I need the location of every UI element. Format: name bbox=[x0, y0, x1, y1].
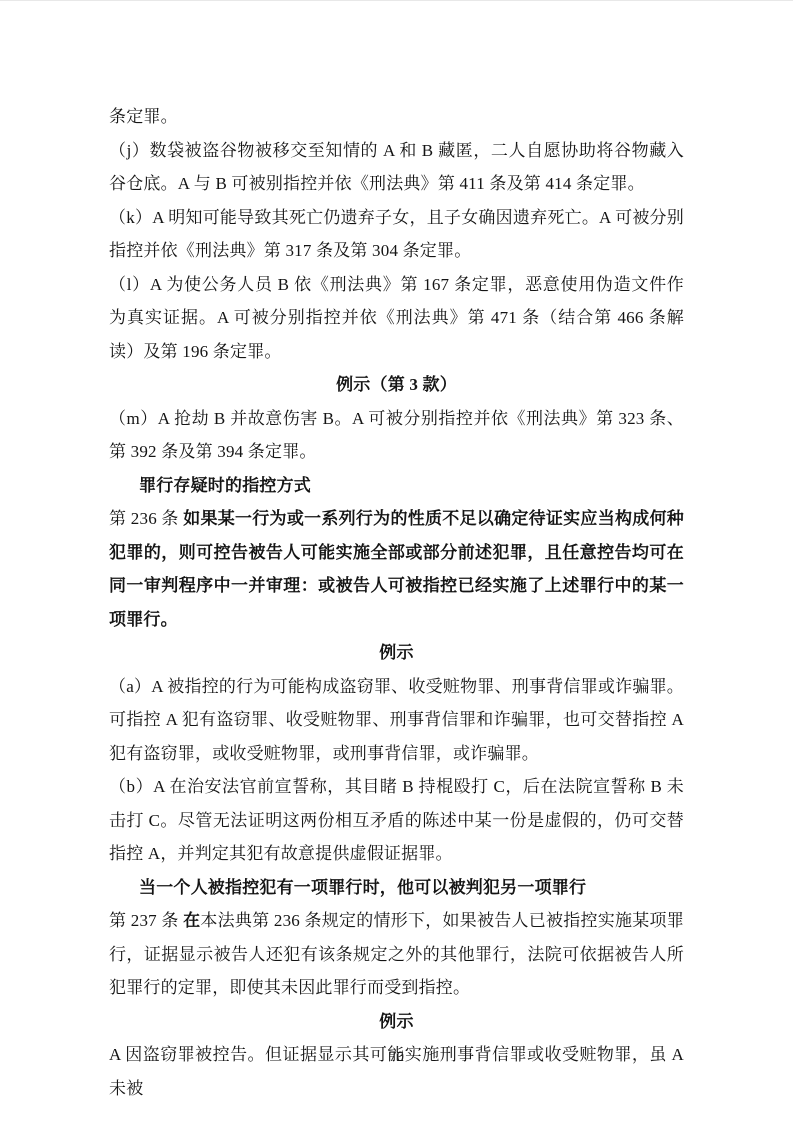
paragraph: 条定罪。 bbox=[109, 100, 684, 134]
paragraph: （b）A 在治安法官前宣誓称，其目睹 B 持棍殴打 C，后在法院宣誓称 B 未击… bbox=[109, 770, 684, 871]
text-run: 第 237 条 bbox=[109, 911, 183, 930]
paragraph: 第 237 条 在本法典第 236 条规定的情形下，如果被告人已被指控实施某项罪… bbox=[109, 904, 684, 1005]
heading: 例示（第 3 款） bbox=[109, 368, 684, 402]
text-run: （k）A 明知可能导致其死亡仍遗弃子女，且子女确因遗弃死亡。A 可被分别指控并依… bbox=[109, 208, 684, 261]
text-run: （b）A 在治安法官前宣誓称，其目睹 B 持棍殴打 C，后在法院宣誓称 B 未击… bbox=[109, 777, 684, 863]
paragraph: （a）A 被指控的行为可能构成盗窃罪、收受赃物罪、刑事背信罪或诈骗罪。可指控 A… bbox=[109, 670, 684, 771]
text-run: （j）数袋被盗谷物被移交至知情的 A 和 B 藏匿，二人自愿协助将谷物藏入谷仓底… bbox=[109, 141, 684, 194]
text-run: （l）A 为使公务人员 B 依《刑法典》第 167 条定罪，恶意使用伪造文件作为… bbox=[109, 275, 684, 361]
text-run-bold: 例示 bbox=[379, 1012, 413, 1031]
text-run: 第 236 条 bbox=[109, 509, 183, 528]
text-run-bold: 罪行存疑时的指控方式 bbox=[139, 476, 311, 495]
text-run: 条定罪。 bbox=[109, 107, 178, 126]
heading: 例示 bbox=[109, 636, 684, 670]
text-run-bold: 如果某一行为或一系列行为的性质不足以确定待证实应当构成何种犯罪的，则可控告被告人… bbox=[109, 509, 684, 629]
document-body: 条定罪。（j）数袋被盗谷物被移交至知情的 A 和 B 藏匿，二人自愿协助将谷物藏… bbox=[109, 100, 684, 1105]
paragraph: （j）数袋被盗谷物被移交至知情的 A 和 B 藏匿，二人自愿协助将谷物藏入谷仓底… bbox=[109, 134, 684, 201]
text-run: （a）A 被指控的行为可能构成盗窃罪、收受赃物罪、刑事背信罪或诈骗罪。可指控 A… bbox=[109, 677, 684, 763]
text-run-bold: 当一个人被指控犯有一项罪行时，他可以被判犯另一项罪行 bbox=[139, 878, 586, 897]
text-run-bold: 在 bbox=[183, 911, 200, 930]
heading: 例示 bbox=[109, 1005, 684, 1039]
text-run-bold: 例示 bbox=[379, 643, 413, 662]
paragraph: （k）A 明知可能导致其死亡仍遗弃子女，且子女确因遗弃死亡。A 可被分别指控并依… bbox=[109, 201, 684, 268]
page-number: 70 bbox=[0, 1047, 793, 1067]
text-run: （m）A 抢劫 B 并故意伤害 B。A 可被分别指控并依《刑法典》第 323 条… bbox=[109, 409, 684, 462]
text-run-bold: 例示（第 3 款） bbox=[336, 375, 457, 394]
heading: 罪行存疑时的指控方式 bbox=[109, 469, 684, 503]
paragraph: （l）A 为使公务人员 B 依《刑法典》第 167 条定罪，恶意使用伪造文件作为… bbox=[109, 268, 684, 369]
document-page: 条定罪。（j）数袋被盗谷物被移交至知情的 A 和 B 藏匿，二人自愿协助将谷物藏… bbox=[0, 0, 793, 1122]
paragraph: （m）A 抢劫 B 并故意伤害 B。A 可被分别指控并依《刑法典》第 323 条… bbox=[109, 402, 684, 469]
paragraph: 第 236 条 如果某一行为或一系列行为的性质不足以确定待证实应当构成何种犯罪的… bbox=[109, 502, 684, 636]
heading: 当一个人被指控犯有一项罪行时，他可以被判犯另一项罪行 bbox=[109, 871, 684, 905]
